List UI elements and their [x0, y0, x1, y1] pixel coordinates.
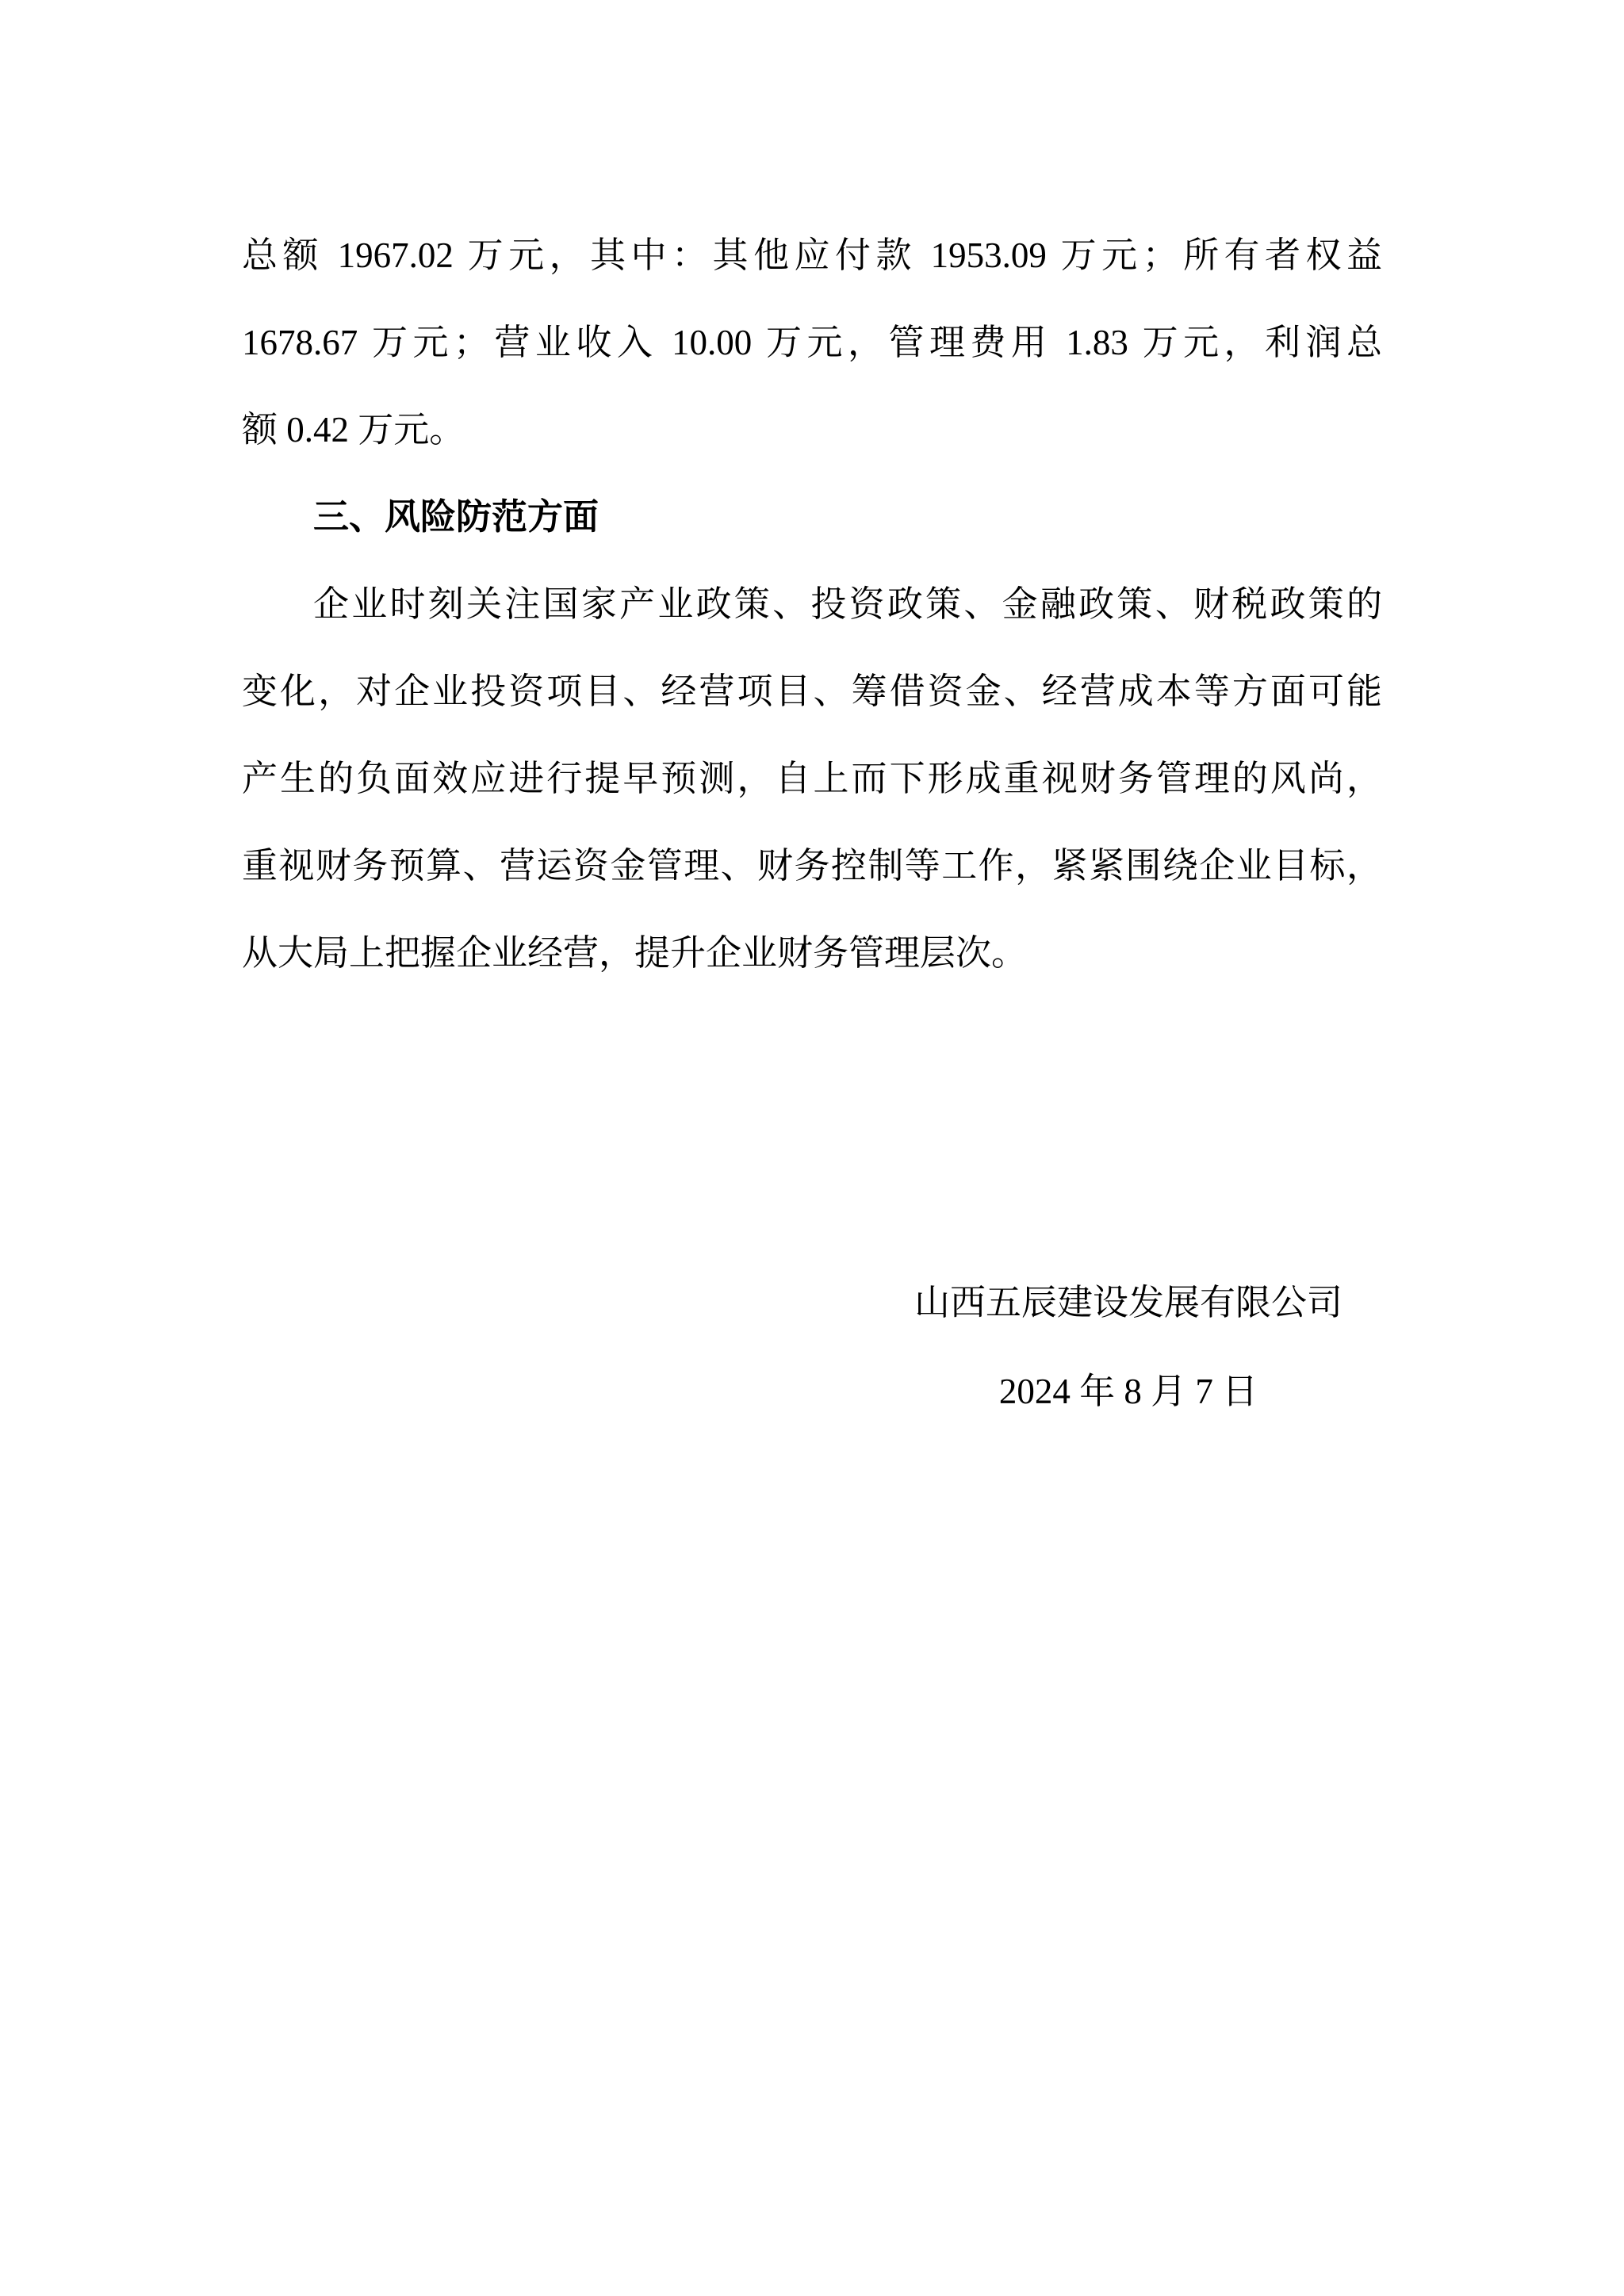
paragraph-risk-line-2: 变化，对企业投资项目、经营项目、筹借资金、经营成本等方面可能	[242, 648, 1382, 735]
paragraph-continuation-line-2: 1678.67 万元；营业收入 10.00 万元，管理费用 1.83 万元，利润…	[242, 299, 1382, 386]
signature-block: 山西五辰建设发展有限公司 2024 年 8 月 7 日	[242, 1258, 1382, 1436]
paragraph-continuation-line-3: 额 0.42 万元。	[242, 386, 1382, 473]
paragraph-risk-line-3: 产生的负面效应进行提早预测，自上而下形成重视财务管理的风尚，	[242, 735, 1382, 822]
paragraph-risk-line-5: 从大局上把握企业经营，提升企业财务管理层次。	[242, 909, 1382, 997]
section-heading: 三、风险防范方面	[242, 473, 1382, 561]
signature-company-name: 山西五辰建设发展有限公司	[914, 1258, 1342, 1347]
paragraph-risk-line-4: 重视财务预算、营运资金管理、财务控制等工作，紧紧围绕企业目标，	[242, 822, 1382, 909]
signature-date: 2024 年 8 月 7 日	[914, 1347, 1342, 1436]
document-page: 总额 1967.02 万元，其中：其他应付款 1953.09 万元；所有者权益 …	[0, 0, 1624, 2296]
paragraph-risk-line-1: 企业时刻关注国家产业政策、投资政策、金融政策、财税政策的	[242, 561, 1382, 648]
signature-inner: 山西五辰建设发展有限公司 2024 年 8 月 7 日	[914, 1258, 1342, 1436]
paragraph-continuation-line-1: 总额 1967.02 万元，其中：其他应付款 1953.09 万元；所有者权益	[242, 212, 1382, 299]
